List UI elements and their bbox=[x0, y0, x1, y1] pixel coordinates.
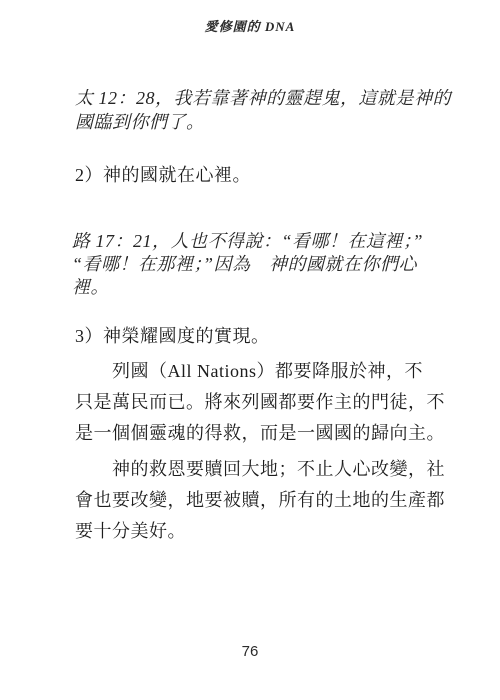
scripture-quote-matthew: 太 12：28，我若靠著神的靈趕鬼，這就是神的 國臨到你們了。 bbox=[75, 86, 448, 134]
scripture-quote-luke: 路 17：21，人也不得說：“看哪！在這裡；” “看哪！在那裡；”因為 神的國就… bbox=[72, 230, 448, 299]
running-header: 愛修園的 DNA bbox=[0, 16, 500, 35]
text-line: 神的救恩要贖回大地；不止人心改變，社 bbox=[75, 454, 448, 485]
text-line: 要十分美好。 bbox=[75, 516, 448, 547]
text-line: 國臨到你們了。 bbox=[75, 110, 448, 134]
text-line: 是一個個靈魂的得救，而是一國國的歸向主。 bbox=[75, 418, 448, 449]
paragraph-all-nations: 列國（All Nations）都要降服於神，不 只是萬民而已。將來列國都要作主的… bbox=[75, 356, 448, 449]
text-line: “看哪！在那裡；”因為 神的國就在你們心 bbox=[72, 253, 448, 276]
text-line: 會也要改變，地要被贖，所有的土地的生產都 bbox=[75, 485, 448, 516]
text-line: 只是萬民而已。將來列國都要作主的門徒，不 bbox=[75, 387, 448, 418]
text-line: 裡。 bbox=[72, 276, 448, 299]
paragraph-redemption: 神的救恩要贖回大地；不止人心改變，社 會也要改變，地要被贖，所有的土地的生產都 … bbox=[75, 454, 448, 547]
text-line: 路 17：21，人也不得說：“看哪！在這裡；” bbox=[72, 230, 448, 253]
subheading-point-2: 2）神的國就在心裡。 bbox=[75, 163, 448, 187]
page-number: 76 bbox=[0, 643, 500, 660]
text-line: 列國（All Nations）都要降服於神，不 bbox=[75, 356, 448, 387]
text-line: 太 12：28，我若靠著神的靈趕鬼，這就是神的 bbox=[75, 86, 448, 110]
subheading-point-3: 3）神榮耀國度的實現。 bbox=[75, 324, 448, 348]
document-page: 愛修園的 DNA 太 12：28，我若靠著神的靈趕鬼，這就是神的 國臨到你們了。… bbox=[0, 0, 500, 700]
